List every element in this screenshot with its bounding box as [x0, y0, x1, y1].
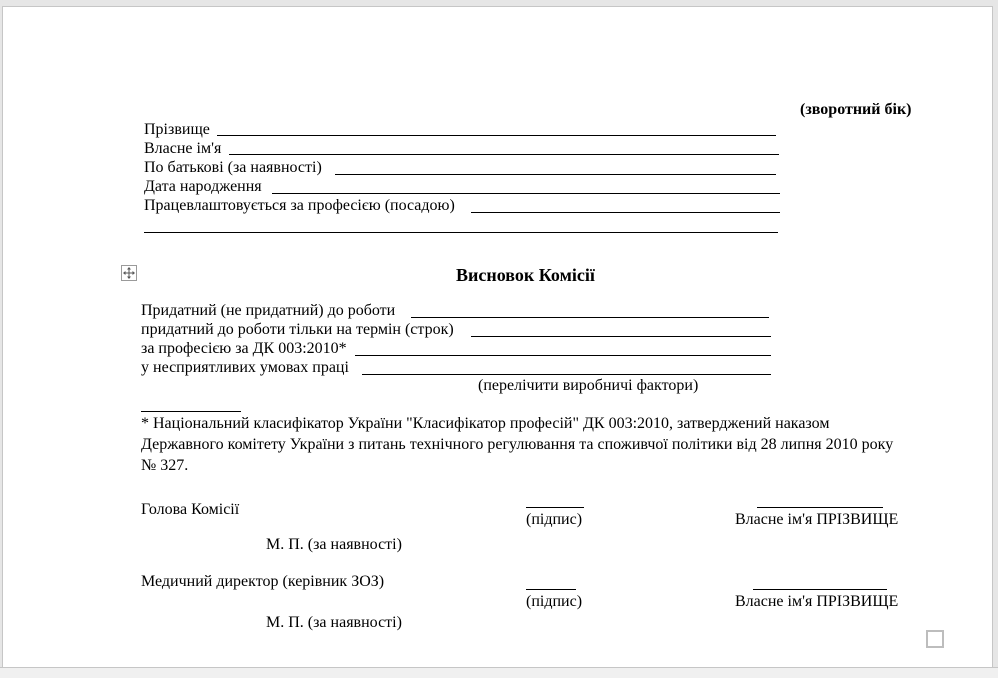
stamp-label-director: М. П. (за наявності): [266, 613, 402, 632]
conclusion-term-line[interactable]: [471, 336, 771, 337]
conclusion-fitness-line[interactable]: [411, 317, 769, 318]
name-label-director: Власне ім'я ПРІЗВИЩЕ: [735, 592, 898, 611]
field-patronymic-line[interactable]: [335, 174, 776, 175]
conclusion-label-fitness: Придатний (не придатний) до роботи: [141, 301, 395, 320]
field-label-surname: Прізвище: [144, 120, 210, 139]
table-resize-handle[interactable]: [926, 630, 944, 648]
field-label-birth-date: Дата народження: [144, 177, 262, 196]
signature-role-director: Медичний директор (керівник ЗОЗ): [141, 572, 384, 591]
field-label-first-name: Власне ім'я: [144, 139, 221, 158]
field-profession-line-2[interactable]: [144, 232, 778, 233]
signature-label-chair: (підпис): [526, 510, 582, 529]
name-line-director[interactable]: [753, 589, 887, 590]
factors-hint: (перелічити виробничі фактори): [478, 376, 698, 395]
field-first-name-line[interactable]: [229, 154, 779, 155]
field-label-patronymic: По батькові (за наявності): [144, 158, 322, 177]
field-birth-date-line[interactable]: [272, 193, 780, 194]
name-label-chair: Власне ім'я ПРІЗВИЩЕ: [735, 510, 898, 529]
conclusion-conditions-line[interactable]: [362, 374, 771, 375]
conclusion-profession-line[interactable]: [355, 355, 771, 356]
name-line-chair[interactable]: [757, 507, 883, 508]
signature-label-director: (підпис): [526, 592, 582, 611]
commission-title: Висновок Комісії: [456, 264, 595, 286]
signature-role-chair: Голова Комісії: [141, 500, 239, 519]
field-surname-line[interactable]: [217, 135, 776, 136]
conclusion-label-profession: за професією за ДК 003:2010*: [141, 339, 347, 358]
conclusion-label-conditions: у несприятливих умовах праці: [141, 358, 349, 377]
stamp-label-chair: М. П. (за наявності): [266, 535, 402, 554]
conclusion-label-term: придатний до роботи тільки на термін (ст…: [141, 320, 454, 339]
signature-line-director[interactable]: [526, 589, 576, 590]
footnote-separator: [141, 411, 241, 412]
reverse-side-label: (зворотний бік): [800, 100, 911, 119]
footnote-text: * Національний класифікатор України "Кла…: [141, 413, 901, 476]
signature-line-chair[interactable]: [526, 507, 584, 508]
field-profession-line[interactable]: [471, 212, 780, 213]
move-arrows-icon: [123, 267, 135, 279]
table-move-handle[interactable]: [121, 265, 137, 281]
status-strip: [0, 667, 998, 678]
field-label-profession: Працевлаштовується за професією (посадою…: [144, 196, 455, 215]
